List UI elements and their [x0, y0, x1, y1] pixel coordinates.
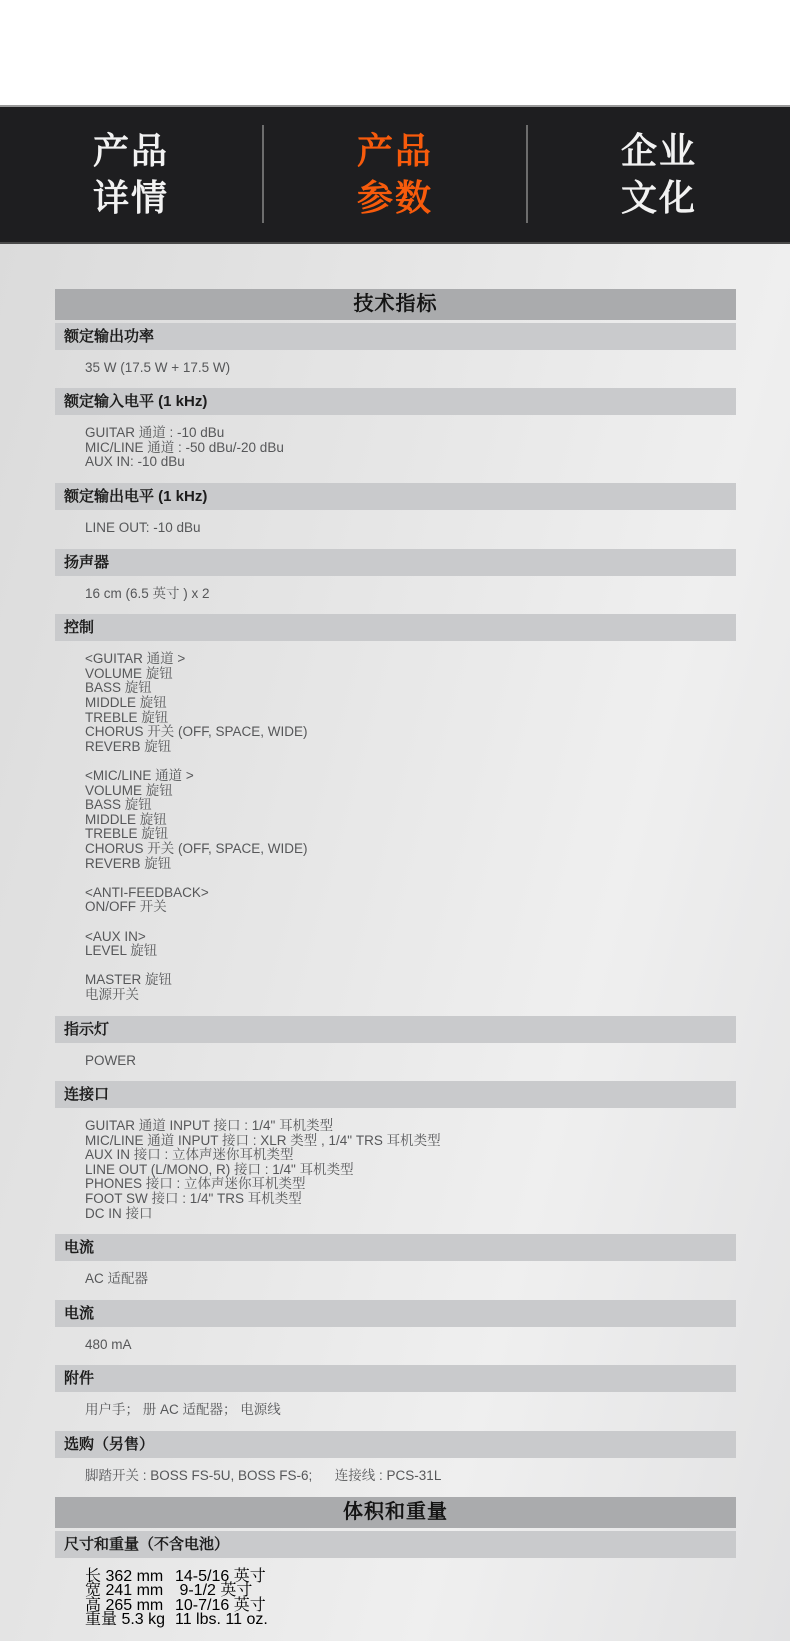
spec-section-values: 用户手； 册 AC 适配器； 电源线: [55, 1394, 736, 1431]
top-spacer: [0, 0, 790, 105]
spec-section-values: GUITAR 通道 INPUT 接口 : 1/4" 耳机类型MIC/LINE 通…: [55, 1110, 736, 1234]
spec-line-spacer: [85, 915, 736, 930]
spec-section-header: 附件: [55, 1365, 736, 1392]
spec-line-spacer: [85, 871, 736, 886]
spec-line: <GUITAR 通道 >: [85, 652, 736, 667]
spec-section-values: 480 mA: [55, 1329, 736, 1366]
spec-section-header: 额定输入电平 (1 kHz): [55, 388, 736, 415]
spec-section: 附件 用户手； 册 AC 适配器； 电源线: [55, 1365, 736, 1431]
spec-section-header-label: 电流: [64, 1305, 94, 1322]
spec-line: 16 cm (6.5 英寸 ) x 2: [85, 587, 736, 602]
dimensions-header-bar: 尺寸和重量（不含电池）: [55, 1531, 736, 1558]
spec-line: POWER: [85, 1054, 736, 1069]
spec-line: PHONES 接口 : 立体声迷你耳机类型: [85, 1177, 736, 1192]
spec-section-header: 指示灯: [55, 1016, 736, 1043]
dimensions-table: 长 362 mm 14-5/16 英寸 宽 241 mm 9-1/2 英寸 高 …: [55, 1560, 736, 1641]
spec-line: 用户手； 册 AC 适配器； 电源线: [85, 1403, 736, 1418]
spec-section-header: 扬声器: [55, 549, 736, 576]
spec-section-header-label: 指示灯: [64, 1021, 109, 1038]
spec-section-header-label: 额定输出电平 (1 kHz): [64, 488, 207, 505]
spec-section-header-label: 额定输出功率: [64, 328, 154, 345]
spec-line: <AUX IN>: [85, 930, 736, 945]
spec-line: MIDDLE 旋钮: [85, 696, 736, 711]
spec-line: AC 适配器: [85, 1272, 736, 1287]
spec-line: CHORUS 开关 (OFF, SPACE, WIDE): [85, 725, 736, 740]
spec-section: 额定输出电平 (1 kHz) LINE OUT: -10 dBu: [55, 483, 736, 549]
spec-section-header: 连接口: [55, 1081, 736, 1108]
spec-content: 技术指标 额定输出功率 35 W (17.5 W + 17.5 W) 额定输入电…: [0, 244, 790, 1641]
spec-line: VOLUME 旋钮: [85, 667, 736, 682]
spec-line: 480 mA: [85, 1338, 736, 1353]
tab-label-line: 文化: [621, 174, 697, 221]
spec-section-header: 选购（另售）: [55, 1431, 736, 1458]
spec-section-values: <GUITAR 通道 >VOLUME 旋钮BASS 旋钮MIDDLE 旋钮TRE…: [55, 643, 736, 1015]
spec-section-header: 电流: [55, 1234, 736, 1261]
spec-line: GUITAR 通道 INPUT 接口 : 1/4" 耳机类型: [85, 1119, 736, 1134]
spec-section-header: 额定输出电平 (1 kHz): [55, 483, 736, 510]
spec-title-bar: 技术指标: [55, 289, 736, 320]
spec-section-header: 电流: [55, 1300, 736, 1327]
dimensions-title-bar: 体积和重量: [55, 1497, 736, 1528]
spec-line: LEVEL 旋钮: [85, 944, 736, 959]
spec-line: DC IN 接口: [85, 1207, 736, 1222]
tab-company-culture[interactable]: 企业 文化: [528, 127, 790, 221]
tab-label-line: 参数: [357, 174, 433, 221]
spec-line: AUX IN 接口 : 立体声迷你耳机类型: [85, 1148, 736, 1163]
spec-section-header-label: 扬声器: [64, 554, 109, 571]
spec-line: MIC/LINE 通道 : -50 dBu/-20 dBu: [85, 441, 736, 456]
spec-line: <MIC/LINE 通道 >: [85, 769, 736, 784]
spec-section-header-label: 电流: [64, 1239, 94, 1256]
spec-line: GUITAR 通道 : -10 dBu: [85, 426, 736, 441]
spec-section: 额定输入电平 (1 kHz) GUITAR 通道 : -10 dBuMIC/LI…: [55, 388, 736, 483]
spec-sections: 额定输出功率 35 W (17.5 W + 17.5 W) 额定输入电平 (1 …: [55, 323, 736, 1497]
spec-line: ON/OFF 开关: [85, 900, 736, 915]
dimensions-title: 体积和重量: [343, 1501, 448, 1523]
spec-section: 控制 <GUITAR 通道 >VOLUME 旋钮BASS 旋钮MIDDLE 旋钮…: [55, 614, 736, 1015]
spec-section: 额定输出功率 35 W (17.5 W + 17.5 W): [55, 323, 736, 389]
spec-line-spacer: [85, 754, 736, 769]
dimension-metric: 重量 5.3 kg: [85, 1613, 175, 1628]
spec-line: BASS 旋钮: [85, 798, 736, 813]
spec-line: CHORUS 开关 (OFF, SPACE, WIDE): [85, 842, 736, 857]
spec-line: MASTER 旋钮: [85, 973, 736, 988]
spec-section: 电流 AC 适配器: [55, 1234, 736, 1300]
spec-section-values: GUITAR 通道 : -10 dBuMIC/LINE 通道 : -50 dBu…: [55, 417, 736, 483]
spec-section-values: 16 cm (6.5 英寸 ) x 2: [55, 578, 736, 615]
spec-line: 电源开关: [85, 988, 736, 1003]
spec-section-header-label: 连接口: [64, 1086, 109, 1103]
spec-section-values: LINE OUT: -10 dBu: [55, 512, 736, 549]
tab-label-line: 产品: [93, 127, 169, 174]
page: 产品 详情 产品 参数 企业 文化 技术指标 额定输出功率 35 W (17.5…: [0, 0, 790, 1641]
spec-section-values: 脚踏开关 : BOSS FS-5U, BOSS FS-6; 连接线 : PCS-…: [55, 1460, 736, 1497]
spec-section-header-label: 附件: [64, 1370, 94, 1387]
spec-section-header: 额定输出功率: [55, 323, 736, 350]
tab-label-line: 详情: [93, 174, 169, 221]
spec-line: VOLUME 旋钮: [85, 784, 736, 799]
spec-line: FOOT SW 接口 : 1/4" TRS 耳机类型: [85, 1192, 736, 1207]
spec-section: 电流 480 mA: [55, 1300, 736, 1366]
spec-section-header-label: 选购（另售）: [64, 1436, 154, 1453]
spec-line: TREBLE 旋钮: [85, 711, 736, 726]
spec-section: 连接口 GUITAR 通道 INPUT 接口 : 1/4" 耳机类型MIC/LI…: [55, 1081, 736, 1234]
spec-line: REVERB 旋钮: [85, 740, 736, 755]
dimension-row: 重量 5.3 kg 11 lbs. 11 oz.: [85, 1613, 736, 1628]
spec-line: 35 W (17.5 W + 17.5 W): [85, 361, 736, 376]
dimensions-header: 尺寸和重量（不含电池）: [64, 1536, 229, 1553]
spec-line: LINE OUT: -10 dBu: [85, 521, 736, 536]
spec-section: 选购（另售） 脚踏开关 : BOSS FS-5U, BOSS FS-6; 连接线…: [55, 1431, 736, 1497]
spec-line: BASS 旋钮: [85, 681, 736, 696]
spec-container: 技术指标 额定输出功率 35 W (17.5 W + 17.5 W) 额定输入电…: [55, 289, 736, 1641]
dimension-imperial: 14-5/16 英寸: [175, 1570, 736, 1585]
dimension-imperial: 11 lbs. 11 oz.: [175, 1613, 736, 1628]
spec-section-values: 35 W (17.5 W + 17.5 W): [55, 352, 736, 389]
spec-section: 指示灯 POWER: [55, 1016, 736, 1082]
spec-line: 脚踏开关 : BOSS FS-5U, BOSS FS-6; 连接线 : PCS-…: [85, 1469, 736, 1484]
spec-section-values: POWER: [55, 1045, 736, 1082]
tab-product-specs[interactable]: 产品 参数: [264, 127, 526, 221]
spec-section-header: 控制: [55, 614, 736, 641]
spec-section: 扬声器 16 cm (6.5 英寸 ) x 2: [55, 549, 736, 615]
tab-bar: 产品 详情 产品 参数 企业 文化: [0, 105, 790, 244]
spec-line-spacer: [85, 959, 736, 974]
spec-line: AUX IN: -10 dBu: [85, 455, 736, 470]
spec-line: MIDDLE 旋钮: [85, 813, 736, 828]
spec-section-header-label: 额定输入电平 (1 kHz): [64, 393, 207, 410]
tab-product-details[interactable]: 产品 详情: [0, 127, 262, 221]
spec-section-header-label: 控制: [64, 619, 94, 636]
spec-line: REVERB 旋钮: [85, 857, 736, 872]
spec-line: <ANTI-FEEDBACK>: [85, 886, 736, 901]
tab-label-line: 产品: [357, 127, 433, 174]
tab-label-line: 企业: [621, 127, 697, 174]
spec-title: 技术指标: [354, 293, 438, 315]
spec-section-values: AC 适配器: [55, 1263, 736, 1300]
spec-line: TREBLE 旋钮: [85, 827, 736, 842]
